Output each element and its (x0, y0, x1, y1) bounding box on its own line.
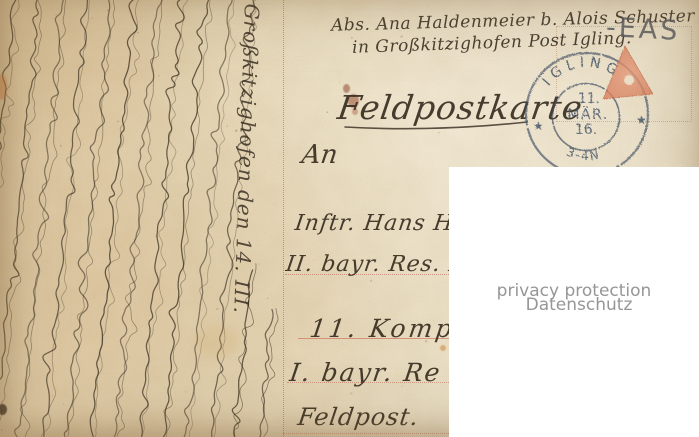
postmark-star-right-icon: ★ (636, 113, 647, 127)
message-dateline: Großkitzighofen den 14. III. (229, 3, 264, 314)
postmark-star-left-icon: ★ (533, 119, 544, 133)
paper-stain (195, 325, 239, 357)
feldpostkarte-underline (340, 115, 540, 135)
postmark-time-text: 3-4N (564, 145, 601, 163)
ruling-line (283, 433, 449, 434)
privacy-overlay: privacy protection Datenschutz (449, 167, 699, 437)
card-divider-line (283, 0, 284, 437)
address-line: Feldpost. (296, 403, 421, 431)
address-line: 11. Komp (308, 314, 457, 343)
postcard-scan: Großkitzighofen den 14. III. Abs. Ana Ha… (0, 0, 699, 437)
address-line: Inftr. Hans Ha (293, 211, 469, 236)
ink-blot (0, 404, 7, 415)
pencil-annotation-eas: -EAS (605, 12, 681, 47)
privacy-text-line2: Datenschutz (454, 298, 699, 312)
postmark-time: 3-4N (564, 145, 601, 163)
postmark-year: 16. (575, 122, 597, 138)
postmark-day: 11. (578, 91, 600, 107)
paper-stain (440, 345, 446, 351)
stamp-fragment-hole (624, 75, 634, 85)
privacy-text: privacy protection Datenschutz (449, 284, 699, 312)
address-line: I. bayr. Re (288, 358, 444, 387)
postmark-month: MÄR. (567, 105, 608, 123)
recipient-label-an: An (300, 140, 340, 170)
address-line: II. bayr. Res. In (284, 252, 475, 277)
paper-stain (0, 74, 7, 100)
